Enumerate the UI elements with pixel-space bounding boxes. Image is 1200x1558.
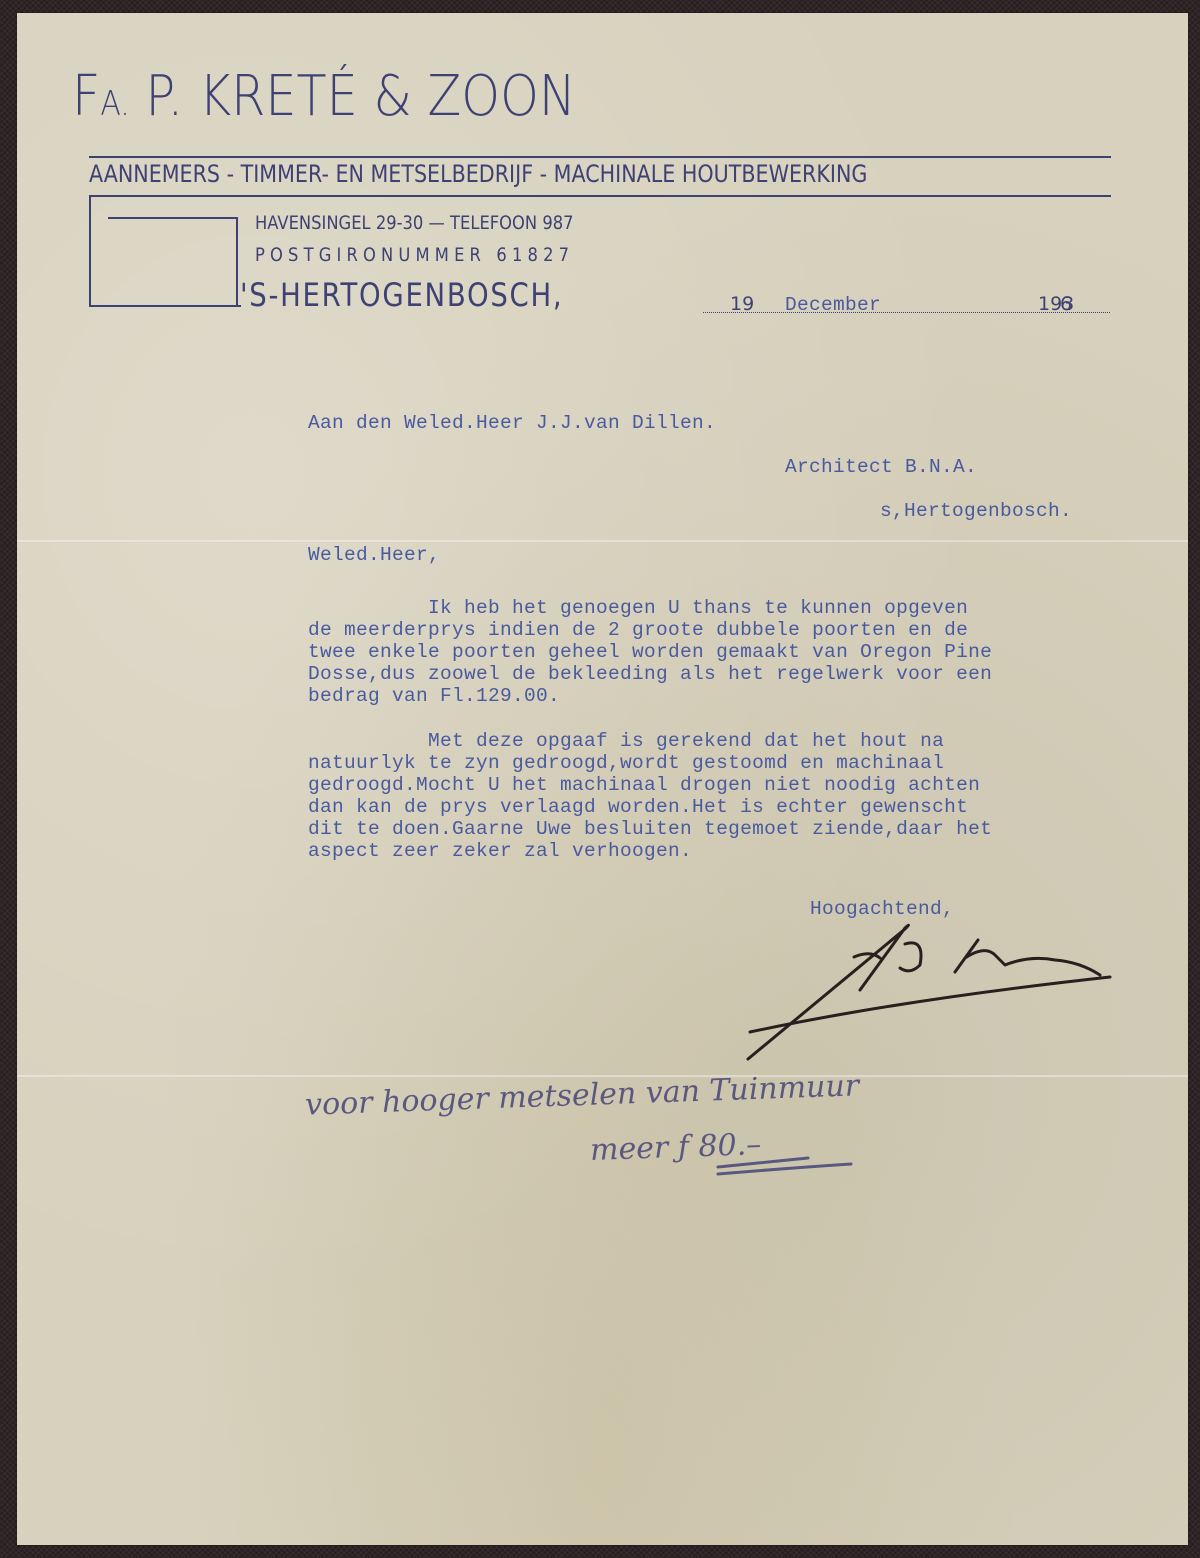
handwritten-underline: [0, 0, 1200, 1558]
